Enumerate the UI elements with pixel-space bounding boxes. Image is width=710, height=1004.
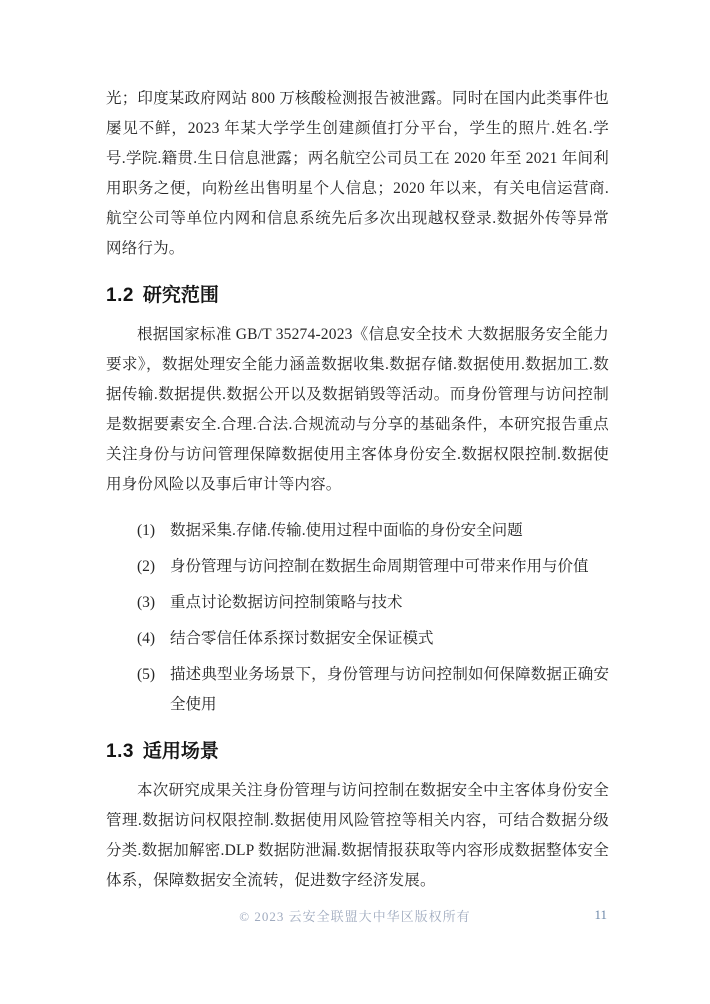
list-item: (1) 数据采集.存储.传输.使用过程中面临的身份安全问题	[106, 516, 609, 546]
list-item-marker: (3)	[137, 588, 170, 618]
list-item-text: 描述典型业务场景下，身份管理与访问控制如何保障数据正确安全使用	[170, 660, 609, 720]
list-item-text: 数据采集.存储.传输.使用过程中面临的身份安全问题	[170, 516, 609, 546]
section-number: 1.3	[106, 741, 134, 762]
list-item-marker: (2)	[137, 552, 170, 582]
section-1-3-paragraph: 本次研究成果关注身份管理与访问控制在数据安全中主客体身份安全管理.数据访问权限控…	[106, 776, 609, 896]
page-footer: © 2023 云安全联盟大中华区版权所有 11	[0, 906, 710, 926]
list-item-text: 身份管理与访问控制在数据生命周期管理中可带来作用与价值	[170, 552, 609, 582]
list-item-text: 重点讨论数据访问控制策略与技术	[170, 588, 609, 618]
section-number: 1.2	[106, 285, 134, 306]
list-item-marker: (5)	[137, 660, 170, 720]
section-heading-1-3: 1.3适用场景	[106, 740, 609, 764]
section-title: 研究范围	[143, 285, 219, 306]
section-heading-1-2: 1.2研究范围	[106, 284, 609, 308]
list-item-text: 结合零信任体系探讨数据安全保证模式	[170, 624, 609, 654]
section-title: 适用场景	[143, 741, 219, 762]
page-number: 11	[594, 907, 607, 923]
list-item: (2) 身份管理与访问控制在数据生命周期管理中可带来作用与价值	[106, 552, 609, 582]
page-content: 光；印度某政府网站 800 万核酸检测报告被泄露。同时在国内此类事件也屡见不鲜，…	[106, 84, 609, 896]
section-1-2-paragraph: 根据国家标准 GB/T 35274-2023《信息安全技术 大数据服务安全能力要…	[106, 320, 609, 500]
list-item: (4) 结合零信任体系探讨数据安全保证模式	[106, 624, 609, 654]
document-page: 光；印度某政府网站 800 万核酸检测报告被泄露。同时在国内此类事件也屡见不鲜，…	[0, 0, 710, 1004]
list-item: (3) 重点讨论数据访问控制策略与技术	[106, 588, 609, 618]
list-item-marker: (1)	[137, 516, 170, 546]
scope-list: (1) 数据采集.存储.传输.使用过程中面临的身份安全问题 (2) 身份管理与访…	[106, 516, 609, 720]
intro-continuation-paragraph: 光；印度某政府网站 800 万核酸检测报告被泄露。同时在国内此类事件也屡见不鲜，…	[106, 84, 609, 264]
list-item-marker: (4)	[137, 624, 170, 654]
list-item: (5) 描述典型业务场景下，身份管理与访问控制如何保障数据正确安全使用	[106, 660, 609, 720]
